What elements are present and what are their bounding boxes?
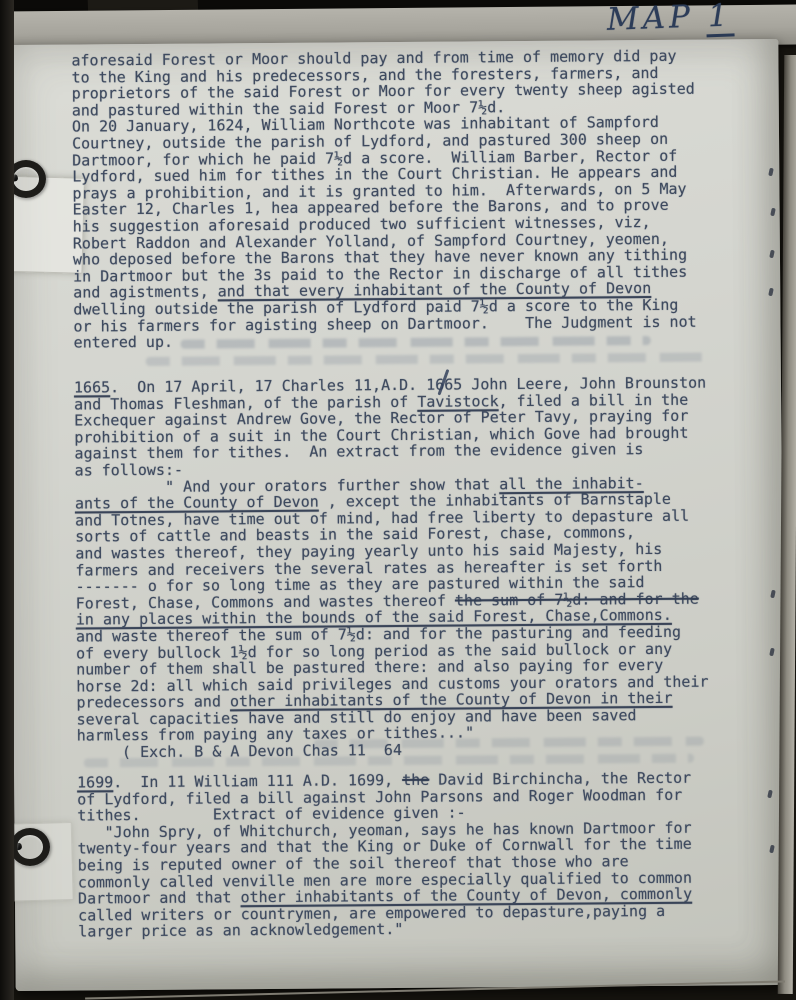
paragraph-1624: aforesaid Forest or Moor should pay and … xyxy=(71,47,758,351)
map-label-word: MAP xyxy=(607,0,695,38)
archive-photo: MAP1 aforesaid Forest or Moor should pay… xyxy=(0,0,796,1000)
photo-left-shadow xyxy=(0,0,14,1000)
paragraph-1665: 1665. On 17 April, 17 Charles 11,A.D. 16… xyxy=(74,374,762,761)
handwritten-map-label: MAP1 xyxy=(607,0,735,38)
paragraph-1699: 1699. In 11 William 111 A.D. 1699, the D… xyxy=(77,769,763,940)
map-label-number: 1 xyxy=(706,0,735,37)
page-stack-edge xyxy=(778,55,796,994)
ink-offset-ghost-line xyxy=(146,353,706,366)
document-page: aforesaid Forest or Moor should pay and … xyxy=(8,39,785,991)
binder-ring xyxy=(10,828,50,866)
